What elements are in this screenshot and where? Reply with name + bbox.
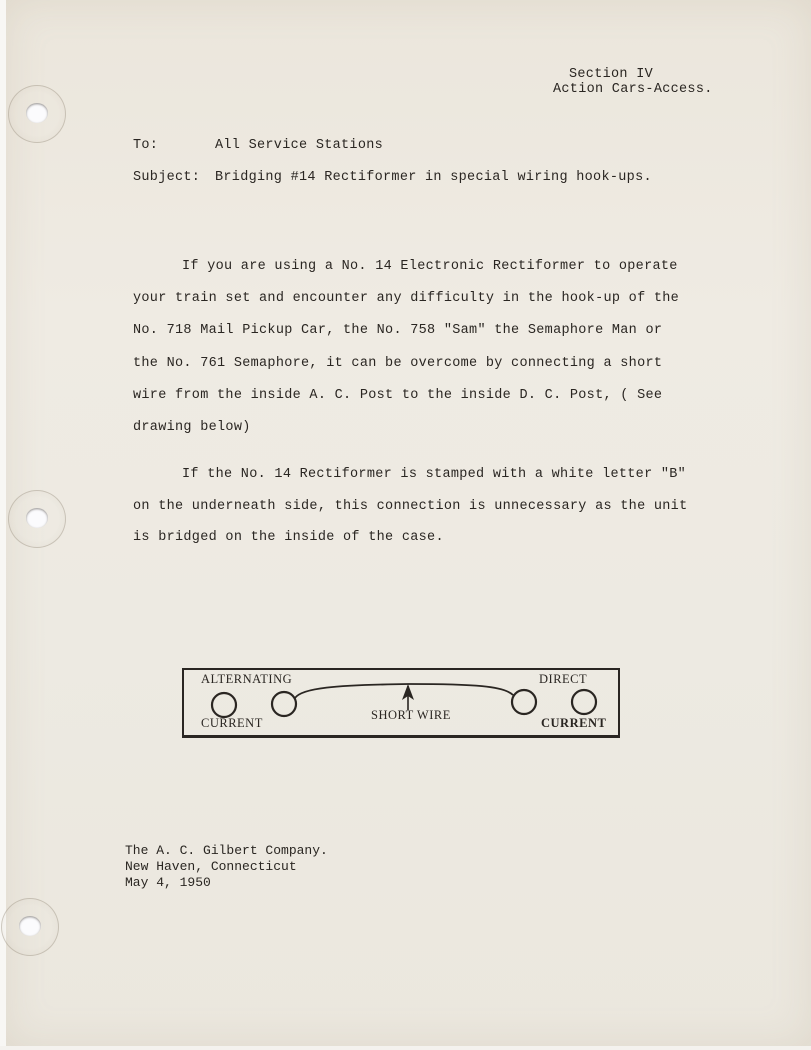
subject-label: Subject: bbox=[133, 170, 200, 186]
paragraph1-line: your train set and encounter any difficu… bbox=[133, 291, 679, 307]
dc-outer-post-icon bbox=[572, 690, 596, 714]
dc-label-top: DIRECT bbox=[539, 672, 587, 687]
section-category: Action Cars-Access. bbox=[553, 82, 713, 98]
paragraph1-line: drawing below) bbox=[133, 420, 251, 436]
wiring-diagram: ALTERNATING CURRENT SHORT WIRE DIRECT CU… bbox=[182, 668, 620, 738]
paragraph2-line: on the underneath side, this connection … bbox=[133, 499, 688, 515]
punch-hole-middle bbox=[8, 490, 66, 548]
signature-block: The A. C. Gilbert Company. New Haven, Co… bbox=[125, 843, 328, 891]
to-value: All Service Stations bbox=[215, 138, 383, 154]
ac-label-bottom: CURRENT bbox=[201, 716, 263, 731]
document-date: May 4, 1950 bbox=[125, 875, 328, 891]
paragraph2-line: is bridged on the inside of the case. bbox=[133, 530, 444, 546]
ac-label-top: ALTERNATING bbox=[201, 672, 292, 687]
paragraph1-line: If you are using a No. 14 Electronic Rec… bbox=[182, 259, 678, 275]
section-number: Section IV bbox=[569, 67, 653, 83]
paragraph1-line: No. 718 Mail Pickup Car, the No. 758 "Sa… bbox=[133, 323, 662, 339]
ac-inner-post-icon bbox=[272, 692, 296, 716]
paper-edge-bottom bbox=[0, 1046, 811, 1050]
dc-label-bottom: CURRENT bbox=[541, 716, 606, 731]
subject-value: Bridging #14 Rectiformer in special wiri… bbox=[215, 170, 652, 186]
company-name: The A. C. Gilbert Company. bbox=[125, 843, 328, 859]
punch-hole-top bbox=[8, 85, 66, 143]
company-location: New Haven, Connecticut bbox=[125, 859, 328, 875]
punch-hole-bottom bbox=[1, 898, 59, 956]
paragraph1-line: wire from the inside A. C. Post to the i… bbox=[133, 388, 662, 404]
paragraph1-line: the No. 761 Semaphore, it can be overcom… bbox=[133, 356, 662, 372]
dc-inner-post-icon bbox=[512, 690, 536, 714]
ac-outer-post-icon bbox=[212, 693, 236, 717]
paragraph2-line: If the No. 14 Rectiformer is stamped wit… bbox=[182, 467, 686, 483]
short-wire-label: SHORT WIRE bbox=[371, 708, 451, 723]
to-label: To: bbox=[133, 138, 158, 154]
